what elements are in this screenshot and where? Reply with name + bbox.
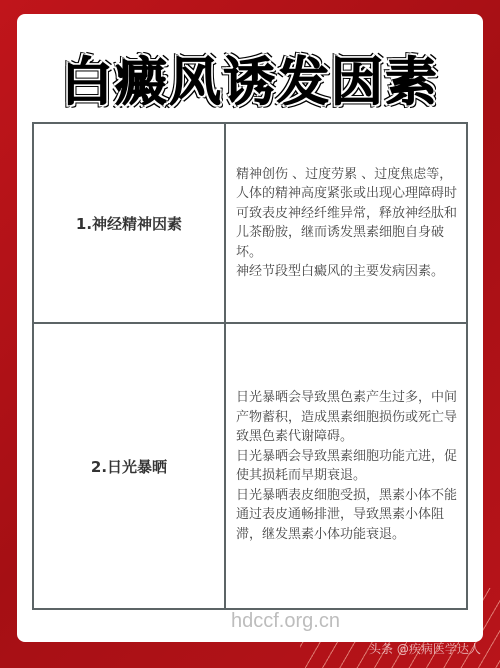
factor-label: 1.神经精神因素: [33, 123, 225, 323]
content-card: 白癜风诱发因素 1.神经精神因素 精神创伤 、过度劳累 、过度焦虑等，人体的精神…: [17, 14, 483, 642]
watermark: hdccf.org.cn: [231, 610, 340, 633]
description-paragraph: 日光暴晒会导致黑素细胞功能亢进，促使其损耗而早期衰退。: [236, 447, 458, 486]
description-paragraph: 日光暴晒会导致黑色素产生过多，中间产物蓄积，造成黑素细胞损伤或死亡导致黑色素代谢…: [236, 388, 458, 447]
description-paragraph: 精神创伤 、过度劳累 、过度焦虑等，人体的精神高度紧张或出现心理障碍时可致表皮神…: [236, 165, 458, 263]
description-paragraph: 神经节段型白癜风的主要发病因素。: [236, 262, 458, 282]
attribution: 头条 @疾病医学达人: [369, 640, 481, 657]
factor-description: 日光暴晒会导致黑色素产生过多，中间产物蓄积，造成黑素细胞损伤或死亡导致黑色素代谢…: [225, 323, 467, 609]
table-row: 1.神经精神因素 精神创伤 、过度劳累 、过度焦虑等，人体的精神高度紧张或出现心…: [33, 123, 467, 323]
description-paragraph: 日光暴晒表皮细胞受损，黑素小体不能通过表皮通畅排泄，导致黑素小体阻滞，继发黑素小…: [236, 486, 458, 545]
factor-description: 精神创伤 、过度劳累 、过度焦虑等，人体的精神高度紧张或出现心理障碍时可致表皮神…: [225, 123, 467, 323]
page-title: 白癜风诱发因素: [17, 40, 483, 115]
table-row: 2.日光暴晒 日光暴晒会导致黑色素产生过多，中间产物蓄积，造成黑素细胞损伤或死亡…: [33, 323, 467, 609]
factor-label: 2.日光暴晒: [33, 323, 225, 609]
factors-table: 1.神经精神因素 精神创伤 、过度劳累 、过度焦虑等，人体的精神高度紧张或出现心…: [32, 122, 468, 610]
